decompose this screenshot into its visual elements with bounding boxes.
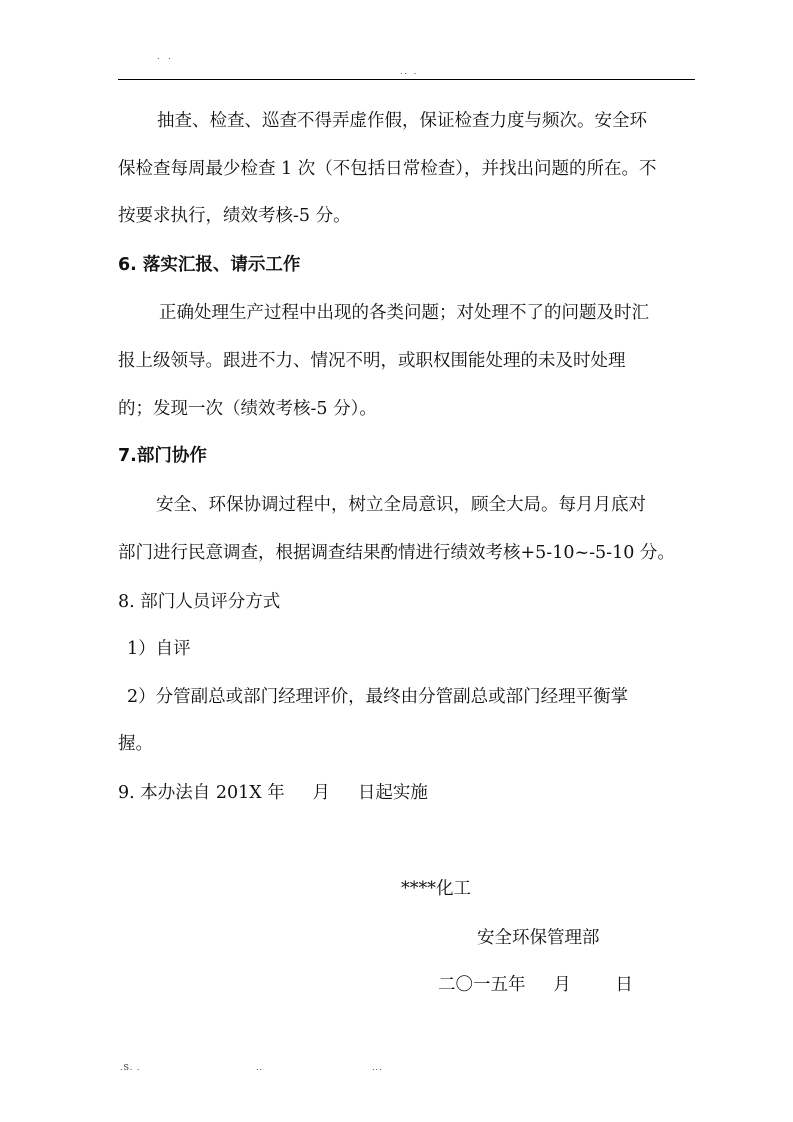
section8-item-1: 1）自评 <box>127 638 191 660</box>
section6-line-2: 报上级领导。跟进不力、情况不明，或职权围能处理的未及时处理 <box>118 350 626 372</box>
section6-heading: 6. 落实汇报、请示工作 <box>118 254 300 276</box>
section9-heading: 9. 本办法自 201X 年 月 日起实施 <box>118 782 428 804</box>
header-center-marks: .. . <box>400 67 418 76</box>
section5-line-3: 按要求执行，绩效考核-5 分。 <box>118 205 351 227</box>
section8-item-2-cont: 握。 <box>118 733 153 755</box>
section8-heading: 8. 部门人员评分方式 <box>118 591 280 613</box>
signature-date: 二〇一五年 月 日 <box>438 974 633 996</box>
section7-line-1: 安全、环保协调过程中，树立全局意识，顾全大局。每月月底对 <box>156 494 646 516</box>
section5-line-1: 抽查、检查、巡查不得弄虚作假，保证检查力度与频次。安全环 <box>157 110 647 132</box>
section8-item-2: 2）分管副总或部门经理评价，最终由分管副总或部门经理平衡掌 <box>127 686 628 708</box>
footer-mark-3: ... <box>372 1063 383 1072</box>
section7-line-2: 部门进行民意调查，根据调查结果酌情进行绩效考核+5-10~-5-10 分。 <box>118 542 675 564</box>
section5-line-2: 保检查每周最少检查 1 次（不包括日常检查），并找出问题的所在。不 <box>118 158 657 180</box>
signature-department: 安全环保管理部 <box>477 927 600 949</box>
header-left-marks: . . <box>157 52 174 61</box>
header-rule <box>118 79 695 80</box>
signature-company: ****化工 <box>401 878 471 900</box>
footer-mark-2: .. <box>256 1063 263 1072</box>
section7-heading: 7.部门协作 <box>118 445 207 467</box>
footer-mark-1: .S. . <box>120 1063 140 1072</box>
section6-line-1: 正确处理生产过程中出现的各类问题；对处理不了的问题及时汇 <box>159 302 649 324</box>
section6-line-3: 的；发现一次（绩效考核-5 分）。 <box>118 398 377 420</box>
